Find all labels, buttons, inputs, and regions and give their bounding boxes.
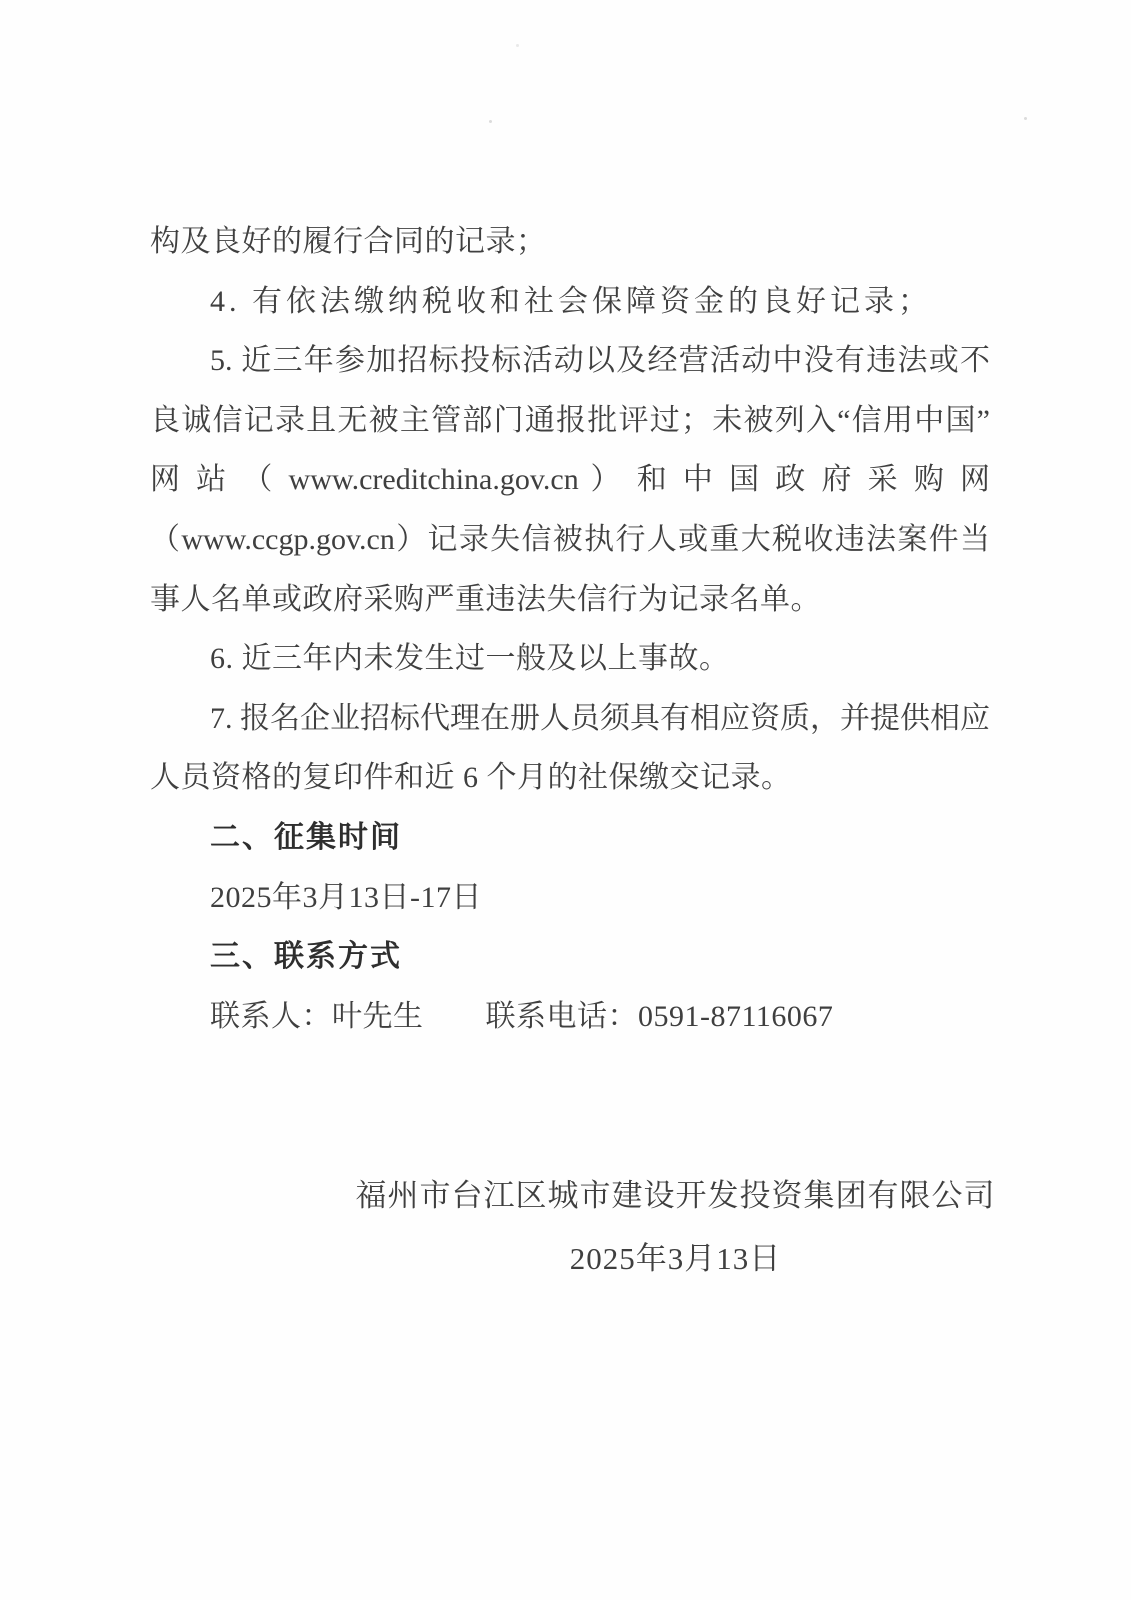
clause-6-no-accidents: 6. 近三年内未发生过一般及以上事故。 — [150, 629, 990, 689]
clause-5-line-2: 良诚信记录且无被主管部门通报批评过；未被列入“信用中国” — [150, 391, 990, 451]
scan-speckle — [489, 120, 492, 123]
section-heading-contact-info: 三、联系方式 — [150, 927, 990, 987]
clause-5-line-5: 事人名单或政府采购严重违法失信行为记录名单。 — [150, 570, 990, 630]
contact-line: 联系人：叶先生联系电话：0591-87116067 — [150, 987, 990, 1047]
signature-date: 2025年3月13日 — [220, 1227, 1131, 1290]
scanned-document-page: 构及良好的履行合同的记录； 4. 有依法缴纳税收和社会保障资金的良好记录； 5.… — [0, 0, 1131, 1600]
clause-5-line-1: 5. 近三年参加招标投标活动以及经营活动中没有违法或不 — [150, 331, 990, 391]
signature-company-name: 福州市台江区城市建设开发投资集团有限公司 — [220, 1164, 1131, 1227]
scan-speckle — [1024, 117, 1027, 120]
clause-7-line-2: 人员资格的复印件和近 6 个月的社保缴交记录。 — [150, 748, 990, 808]
contact-person: 联系人：叶先生 — [210, 1000, 424, 1033]
paragraph-continuation-contract-record: 构及良好的履行合同的记录； — [150, 212, 990, 272]
contact-phone: 联系电话：0591-87116067 — [486, 1000, 834, 1033]
clause-4-tax-social-security: 4. 有依法缴纳税收和社会保障资金的良好记录； — [150, 272, 990, 332]
scan-speckle — [516, 44, 519, 47]
collection-time-value: 2025年3月13日-17日 — [150, 868, 990, 928]
section-heading-collection-time: 二、征集时间 — [150, 808, 990, 868]
clause-5-line-4-ccgp-url: （www.ccgp.gov.cn）记录失信被执行人或重大税收违法案件当 — [150, 510, 990, 570]
clause-5-line-3-creditchina-url: 网 站 （ www.creditchina.gov.cn ） 和 中 国 政 府… — [150, 450, 990, 510]
document-body: 构及良好的履行合同的记录； 4. 有依法缴纳税收和社会保障资金的良好记录； 5.… — [150, 212, 990, 1046]
signature-block: 福州市台江区城市建设开发投资集团有限公司 2025年3月13日 — [220, 1164, 1131, 1290]
clause-7-line-1: 7. 报名企业招标代理在册人员须具有相应资质，并提供相应 — [150, 689, 990, 749]
